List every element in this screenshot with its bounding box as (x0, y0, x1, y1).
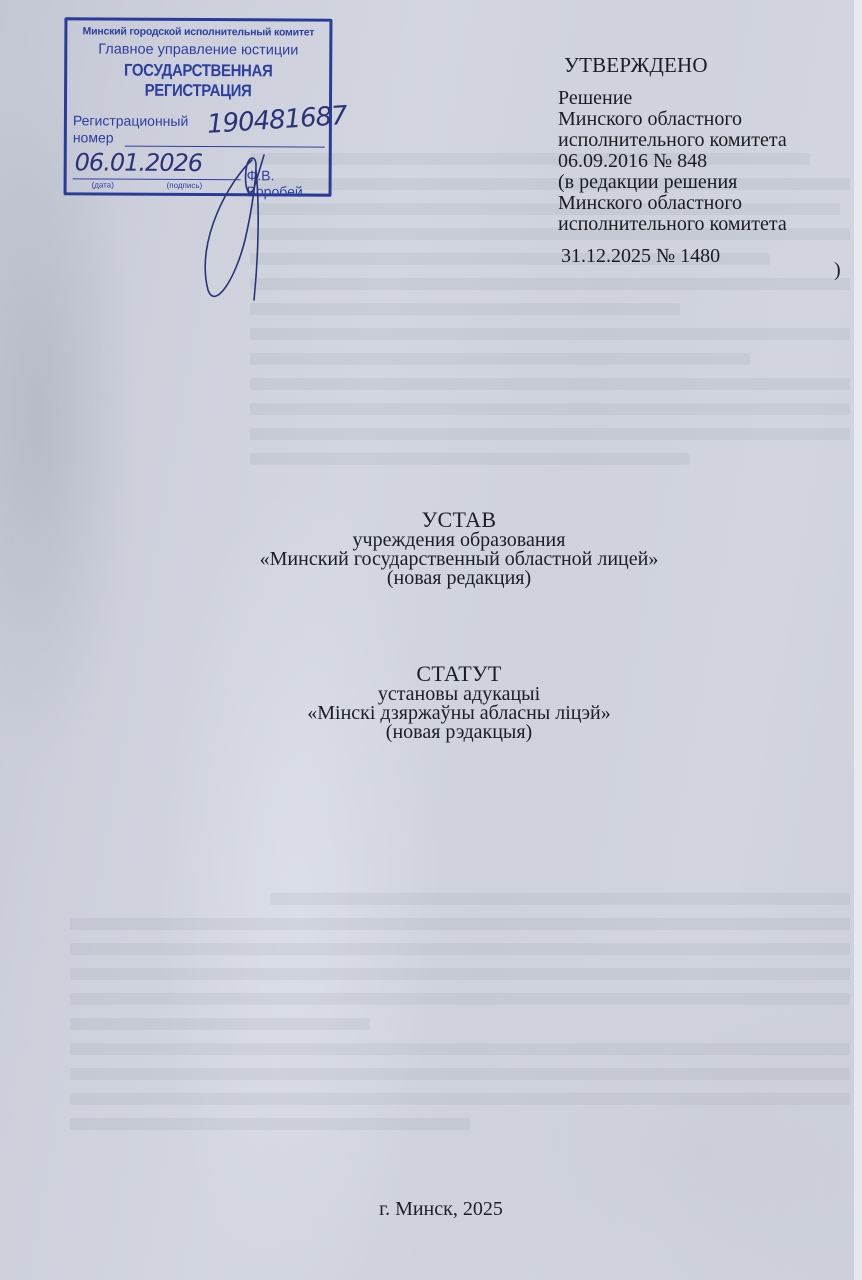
approval-line: Решение (558, 88, 787, 109)
bleed-through-text-lower (70, 880, 862, 1143)
approval-line: исполнительного комитета (558, 214, 787, 235)
paper-edge (854, 0, 862, 1280)
approved-heading: УТВЕРЖДЕНО (564, 55, 787, 76)
statut-line-3: (новая рэдакцыя) (28, 723, 862, 742)
stamp-title: ГОСУДАРСТВЕННАЯ РЕГИСТРАЦИЯ (88, 60, 308, 101)
reg-number-underline (125, 146, 325, 148)
date-caption: (дата) (92, 180, 114, 189)
approval-line: исполнительного комитета (558, 130, 787, 151)
stamp-authority: Минский городской исполнительный комитет (73, 25, 323, 38)
reg-date-handwritten: 06.01.2026 (75, 148, 203, 177)
approval-block: УТВЕРЖДЕНО Решение Минского областного и… (558, 55, 787, 267)
approval-line: Минского областного (558, 109, 787, 130)
charter-title-ru: УСТАВ учреждения образования «Минский го… (28, 509, 862, 588)
reg-label-line-2: номер (73, 129, 188, 147)
reg-number-handwritten: 190481687 (206, 101, 348, 140)
statut-heading: СТАТУТ (28, 663, 862, 685)
reg-label-line-1: Регистрационный (73, 112, 188, 130)
place-and-year: г. Минск, 2025 (10, 1198, 862, 1221)
stamp-department: Главное управление юстиции (73, 41, 323, 58)
charter-title-by: СТАТУТ установы адукацыі «Мінскі дзяржаў… (28, 663, 862, 742)
closing-paren: ) (834, 260, 841, 281)
approval-line: 06.09.2016 № 848 (558, 151, 787, 172)
approval-line: Минского областного (558, 193, 787, 214)
charter-heading: УСТАВ (28, 509, 862, 531)
handwritten-signature-icon (190, 150, 310, 310)
charter-line-3: (новая редакция) (28, 569, 862, 588)
stamp-reg-label: Регистрационный номер (73, 112, 189, 147)
approval-line: (в редакции решения (558, 172, 787, 193)
amendment-date: 31.12.2025 № 1480 (561, 246, 787, 267)
